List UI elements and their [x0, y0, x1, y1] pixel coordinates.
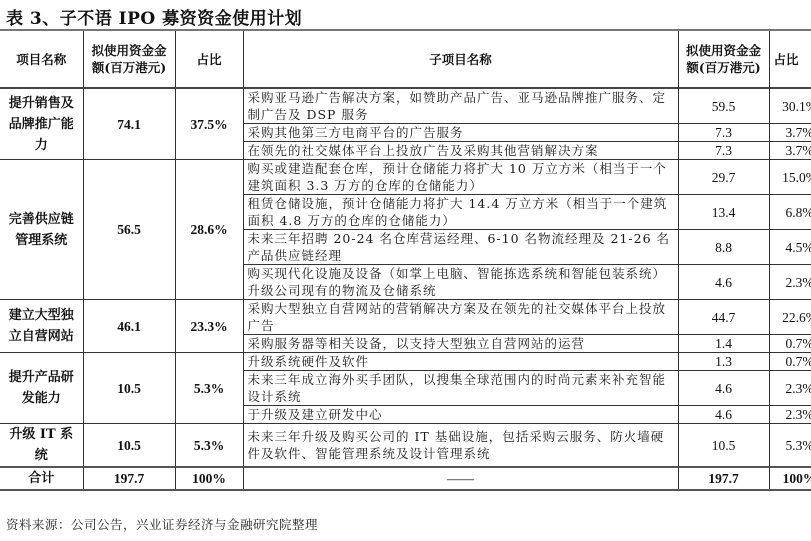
header-amount: 拟使用资金金额(百万港元): [83, 30, 175, 88]
sub-project-desc: 采购服务器等相关设备，以支持大型独立自营网站的运营: [243, 335, 678, 353]
sub-project-amount: 4.6: [678, 265, 769, 300]
table-row: 提升销售及品牌推广能力 74.1 37.5% 采购亚马逊广告解决方案，如赞助产品…: [0, 88, 811, 124]
sub-project-desc: 未来三年升级及购买公司的 IT 基础设施，包括采购云服务、防火墙硬件及软件、智能…: [243, 424, 678, 468]
header-row: 项目名称 拟使用资金金额(百万港元) 占比 子项目名称 拟使用资金金额(百万港元…: [0, 30, 811, 88]
table-title: 表 3、子不语 IPO 募资资金使用计划: [6, 4, 302, 29]
table-row: 升级 IT 系统 10.5 5.3% 未来三年升级及购买公司的 IT 基础设施，…: [0, 424, 811, 468]
sub-project-desc: 未来三年成立海外买手团队，以搜集全球范围内的时尚元素来补充智能设计系统: [243, 371, 678, 406]
sub-project-desc: 在领先的社交媒体平台上投放广告及采购其他营销解决方案: [243, 142, 678, 160]
sub-project-ratio: 5.3%: [769, 424, 811, 468]
sub-project-ratio: 3.7%: [769, 124, 811, 142]
sub-project-ratio: 3.7%: [769, 142, 811, 160]
sub-project-desc: 租赁仓储设施，预计仓储能力将扩大 14.4 万立方米（相当于一个建筑面积 4.8…: [243, 195, 678, 230]
header-sub-ratio: 占比: [769, 30, 811, 88]
project-amount: 10.5: [83, 424, 175, 468]
project-ratio: 28.6%: [175, 160, 243, 300]
sub-project-amount: 1.4: [678, 335, 769, 353]
total-sub-amount: 197.7: [678, 467, 769, 490]
project-ratio: 23.3%: [175, 300, 243, 353]
sub-project-amount: 59.5: [678, 88, 769, 124]
header-project-name: 项目名称: [0, 30, 83, 88]
sub-project-desc: 采购大型独立自营网站的营销解决方案及在领先的社交媒体平台上投放广告: [243, 300, 678, 335]
sub-project-ratio: 2.3%: [769, 265, 811, 300]
sub-project-amount: 44.7: [678, 300, 769, 335]
project-amount: 10.5: [83, 353, 175, 424]
project-ratio: 5.3%: [175, 424, 243, 468]
header-sub-amount: 拟使用资金金额(百万港元): [678, 30, 769, 88]
sub-project-ratio: 15.0%: [769, 160, 811, 195]
project-ratio: 5.3%: [175, 353, 243, 424]
sub-project-amount: 4.6: [678, 406, 769, 424]
project-name: 建立大型独立自营网站: [0, 300, 83, 353]
header-sub-project-name: 子项目名称: [243, 30, 678, 88]
sub-project-amount: 4.6: [678, 371, 769, 406]
sub-project-ratio: 2.3%: [769, 371, 811, 406]
table-row: 提升产品研发能力 10.5 5.3% 升级系统硬件及软件 1.3 0.7%: [0, 353, 811, 371]
table-row: 完善供应链管理系统 56.5 28.6% 购买或建造配套仓库，预计仓储能力将扩大…: [0, 160, 811, 195]
sub-project-amount: 7.3: [678, 142, 769, 160]
project-ratio: 37.5%: [175, 88, 243, 160]
sub-project-desc: 于升级及建立研发中心: [243, 406, 678, 424]
sub-project-amount: 10.5: [678, 424, 769, 468]
sub-project-amount: 8.8: [678, 230, 769, 265]
project-name: 提升产品研发能力: [0, 353, 83, 424]
sub-project-ratio: 0.7%: [769, 353, 811, 371]
project-amount: 74.1: [83, 88, 175, 160]
sub-project-ratio: 30.1%: [769, 88, 811, 124]
table-row: 建立大型独立自营网站 46.1 23.3% 采购大型独立自营网站的营销解决方案及…: [0, 300, 811, 335]
sub-project-desc: 采购亚马逊广告解决方案，如赞助产品广告、亚马逊品牌推广服务、定制广告及 DSP …: [243, 88, 678, 124]
sub-project-ratio: 0.7%: [769, 335, 811, 353]
sub-project-amount: 1.3: [678, 353, 769, 371]
sub-project-ratio: 22.6%: [769, 300, 811, 335]
project-amount: 46.1: [83, 300, 175, 353]
sub-project-desc: 采购其他第三方电商平台的广告服务: [243, 124, 678, 142]
sub-project-desc: 购买现代化设施及设备（如掌上电脑、智能拣选系统和智能包装系统）升级公司现有的物流…: [243, 265, 678, 300]
header-ratio: 占比: [175, 30, 243, 88]
ipo-fund-usage-table: 项目名称 拟使用资金金额(百万港元) 占比 子项目名称 拟使用资金金额(百万港元…: [0, 29, 811, 491]
sub-project-amount: 13.4: [678, 195, 769, 230]
sub-project-ratio: 6.8%: [769, 195, 811, 230]
total-ratio: 100%: [175, 467, 243, 490]
sub-project-ratio: 2.3%: [769, 406, 811, 424]
sub-project-desc: 未来三年招聘 20-24 名仓库营运经理、6-10 名物流经理及 21-26 名…: [243, 230, 678, 265]
sub-project-desc: 升级系统硬件及软件: [243, 353, 678, 371]
project-name: 提升销售及品牌推广能力: [0, 88, 83, 160]
project-amount: 56.5: [83, 160, 175, 300]
sub-project-amount: 29.7: [678, 160, 769, 195]
total-label: 合计: [0, 467, 83, 490]
sub-project-desc: 购买或建造配套仓库，预计仓储能力将扩大 10 万立方米（相当于一个建筑面积 3.…: [243, 160, 678, 195]
sub-project-ratio: 4.5%: [769, 230, 811, 265]
source-note: 资料来源：公司公告，兴业证券经济与金融研究院整理: [6, 515, 318, 533]
total-sub-desc: ——: [243, 467, 678, 490]
sub-project-amount: 7.3: [678, 124, 769, 142]
total-row: 合计 197.7 100% —— 197.7 100%: [0, 467, 811, 490]
project-name: 升级 IT 系统: [0, 424, 83, 468]
project-name: 完善供应链管理系统: [0, 160, 83, 300]
total-sub-ratio: 100%: [769, 467, 811, 490]
total-amount: 197.7: [83, 467, 175, 490]
